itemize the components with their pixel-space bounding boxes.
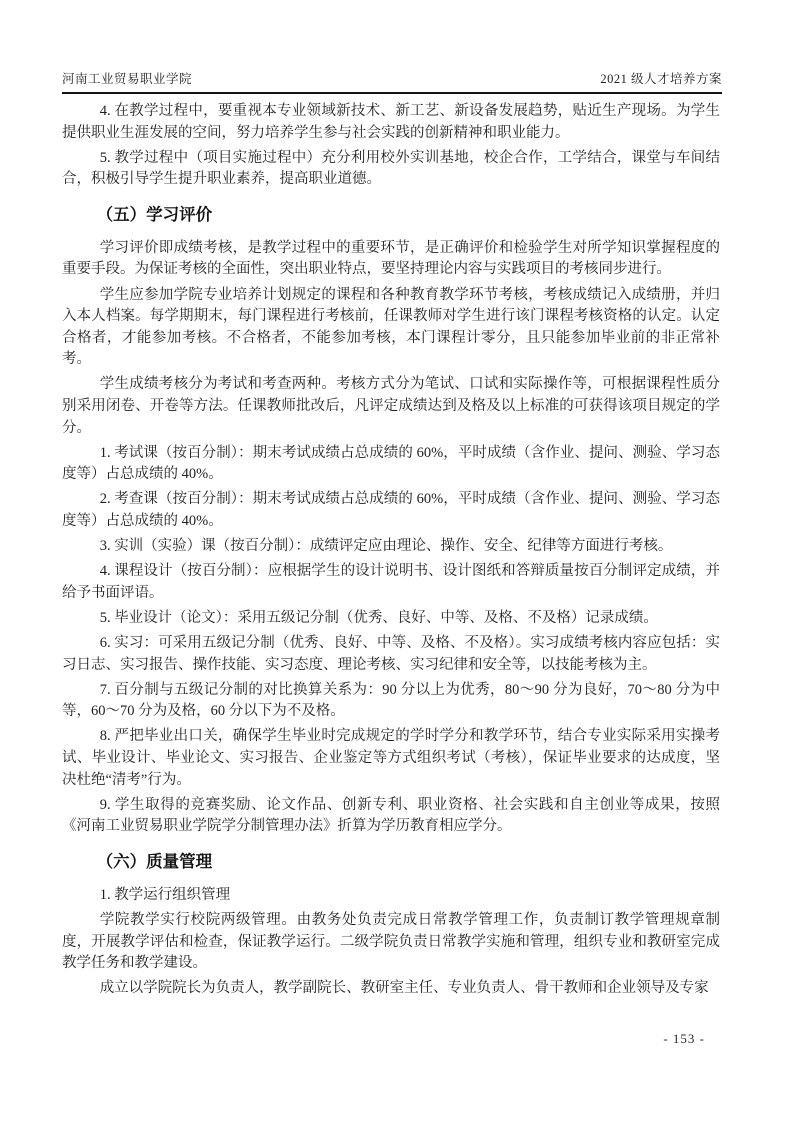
doc-paragraph: 学生应参加学院专业培养计划规定的课程和各种教育教学环节考核，考核成绩记入成绩册，… [62,285,720,371]
doc-paragraph: 学习评价即成绩考核，是教学过程中的重要环节，是正确评价和检验学生对所学知识掌握程… [62,238,720,281]
doc-list-item: 8. 严把毕业出口关，确保学生毕业时完成规定的学时学分和教学环节，结合专业实际采… [62,726,720,791]
section-heading-learning-evaluation: （五）学习评价 [62,204,720,227]
doc-subheading: 1. 教学运行组织管理 [62,885,720,907]
doc-list-item: 5. 毕业设计（论文）：采用五级记分制（优秀、良好、中等、及格、不及格）记录成绩… [62,608,720,630]
doc-paragraph: 4. 在教学过程中，要重视本专业领域新技术、新工艺、新设备发展趋势，贴近生产现场… [62,101,720,144]
doc-list-item: 3. 实训（实验）课（按百分制）：成绩评定应由理论、操作、安全、纪律等方面进行考… [62,536,720,558]
doc-list-item: 2. 考查课（按百分制）：期末考试成绩占总成绩的 60%，平时成绩（含作业、提问… [62,489,720,532]
doc-paragraph: 5. 教学过程中（项目实施过程中）充分利用校外实训基地，校企合作，工学结合，课堂… [62,148,720,191]
doc-list-item: 7. 百分制与五级记分制的对比换算关系为：90 分以上为优秀，80～90 分为良… [62,680,720,723]
doc-paragraph: 成立以学院院长为负责人，教学副院长、教研室主任、专业负责人、骨干教师和企业领导及… [62,978,720,1000]
header-plan-label: 2021 级人才培养方案 [600,69,722,87]
document-page: 河南工业贸易职业学院 2021 级人才培养方案 4. 在教学过程中，要重视本专业… [0,0,793,1122]
doc-list-item: 6. 实习：可采用五级记分制（优秀、良好、中等、及格、不及格）。实习成绩考核内容… [62,633,720,676]
document-body: 4. 在教学过程中，要重视本专业领域新技术、新工艺、新设备发展趋势，贴近生产现场… [62,101,720,1003]
section-heading-quality-management: （六）质量管理 [62,851,720,874]
doc-list-item: 1. 考试课（按百分制）：期末考试成绩占总成绩的 60%，平时成绩（含作业、提问… [62,443,720,486]
doc-paragraph: 学院教学实行校院两级管理。由教务处负责完成日常教学管理工作，负责制订教学管理规章… [62,910,720,975]
header-school-name: 河南工业贸易职业学院 [62,69,192,87]
page-number: - 153 - [663,1031,705,1047]
doc-list-item: 4. 课程设计（按百分制）：应根据学生的设计说明书、设计图纸和答辩质量按百分制评… [62,561,720,604]
doc-paragraph: 学生成绩考核分为考试和考查两种。考核方式分为笔试、口试和实际操作等，可根据课程性… [62,374,720,439]
header-rule [62,92,722,94]
page-header: 河南工业贸易职业学院 2021 级人才培养方案 [62,69,722,87]
doc-list-item: 9. 学生取得的竞赛奖励、论文作品、创新专利、职业资格、社会实践和自主创业等成果… [62,795,720,838]
